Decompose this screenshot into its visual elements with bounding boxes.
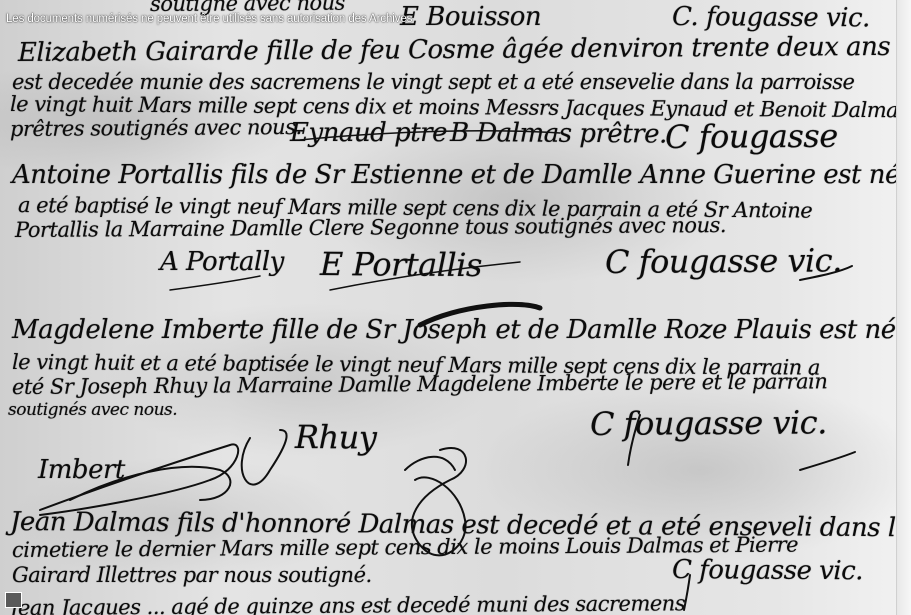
handwritten-line-e3-sig-1: Rhuy — [295, 418, 377, 457]
handwritten-line-e3-sig-2: C fougasse vic. — [590, 403, 827, 443]
handwritten-line-e1-sig-1: Eynaud ptre — [290, 118, 447, 148]
handwritten-line-e2-sig-1: A Portally — [160, 247, 284, 277]
handwritten-line-e5-l1: Jean Jacques ... agé de quinze ans est d… — [10, 591, 685, 615]
handwritten-line-e2-l1: Antoine Portallis fils de Sr Estienne et… — [12, 160, 911, 190]
handwritten-line-e4-l3: Gairard Illettres par nous soutigné. — [12, 563, 372, 587]
handwritten-line-e4-sig-1: C fougasse vic. — [672, 555, 863, 586]
handwritten-line-e3-l3: eté Sr Joseph Rhuy la Marraine Damlle Ma… — [12, 369, 827, 399]
handwritten-line-e2-sig-3: C fougasse vic. — [605, 241, 842, 281]
handwritten-line-e1-l1: Elizabeth Gairarde fille de feu Cosme âg… — [18, 32, 890, 68]
handwritten-line-e3-l4: soutignés avec nous. — [8, 400, 177, 420]
handwritten-line-e2-sig-2: E Portallis — [320, 245, 482, 284]
document-image-viewer[interactable]: soutigné avec nousE BouissonC. fougasse … — [0, 0, 911, 615]
scanned-register-page: soutigné avec nousE BouissonC. fougasse … — [0, 0, 900, 615]
handwritten-line-e1-l4: prêtres soutignés avec nous. — [10, 115, 302, 141]
archives-watermark: Les documents numérisés ne peuvent être … — [6, 13, 412, 25]
handwritten-line-e1-l2: est decedée munie des sacremens le vingt… — [12, 70, 854, 94]
handwritten-line-e1-sig-3: C fougasse — [665, 117, 838, 156]
handwritten-line-top-sig-1: E Bouisson — [400, 2, 541, 32]
navigator-thumbnail[interactable] — [5, 592, 22, 608]
handwritten-line-e1-sig-2: B Dalmas prêtre. — [450, 118, 667, 150]
handwritten-line-e3-l1: Magdelene Imberte fille de Sr Joseph et … — [12, 315, 911, 345]
handwritten-line-e3-sig-3: Imbert — [38, 455, 125, 485]
handwritten-line-e2-l3: Portallis la Marraine Damlle Clere Segon… — [15, 213, 726, 242]
handwritten-line-top-sig-2: C. fougasse vic. — [672, 2, 870, 33]
page-right-edge — [896, 0, 911, 615]
